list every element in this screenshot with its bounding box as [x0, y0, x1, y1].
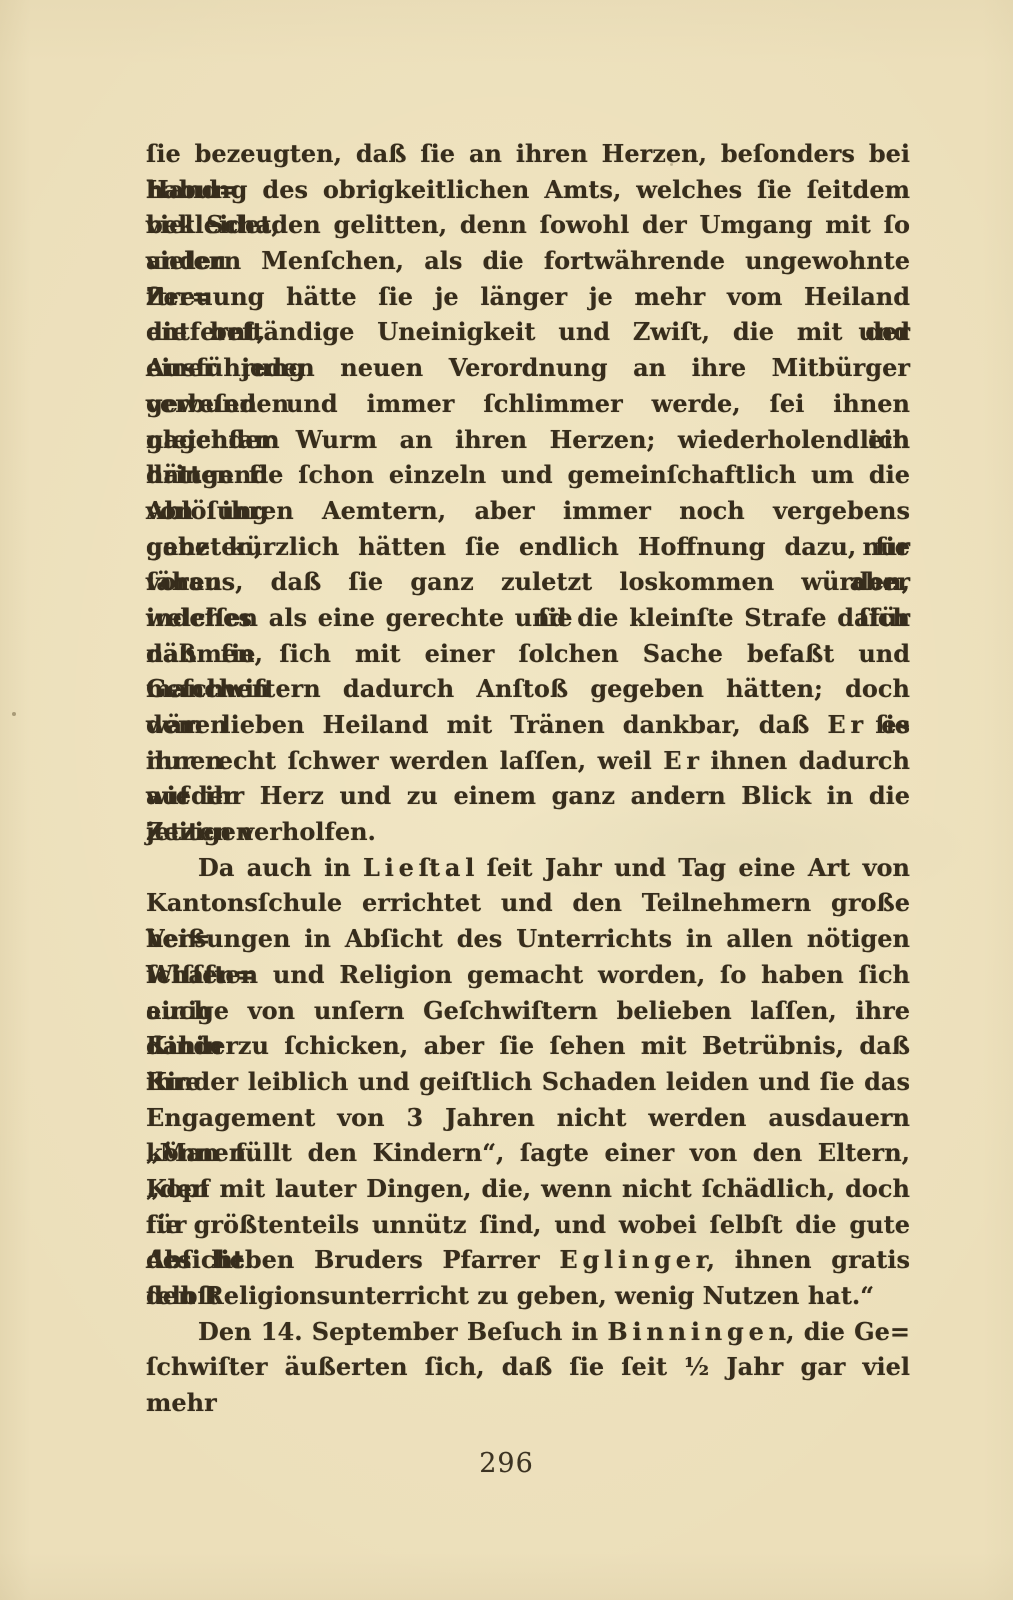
text-line: auf ihr Herz und zu einem ganz andern Bl…	[146, 778, 910, 814]
text-line: geweſen und immer ſchlimmer werde, ſei i…	[146, 386, 910, 422]
text-line: die beſtändige Uneinigkeit und Zwiſt, di…	[146, 314, 910, 350]
book-page: ſie bezeugten, daß ſie an ihren Herzen, …	[0, 0, 1013, 1600]
text-line: Kantonsſchule errichtet und den Teilnehm…	[146, 885, 910, 921]
text-line: voraus, daß ſie ganz zuletzt loskommen w…	[146, 564, 910, 600]
text-line: einige von unſern Geſchwiſtern belieben …	[146, 993, 910, 1029]
text-line: von ihren Aemtern, aber immer noch verge…	[146, 493, 910, 529]
text-line: ſchaften und Religion gemacht worden, ſo…	[146, 957, 910, 993]
text-line: einer jeden neuen Verordnung an ihre Mit…	[146, 350, 910, 386]
page-text-block: ſie bezeugten, daß ſie an ihren Herzen, …	[146, 136, 910, 1385]
text-line: dahin zu ſchicken, aber ſie ſehen mit Be…	[146, 1028, 910, 1064]
text-line: andern Menſchen, als die fortwährende un…	[146, 243, 910, 279]
text-line: des lieben Bruders Pfarrer E g l i n g e…	[146, 1242, 910, 1278]
text-line: viel Schaden gelitten, denn ſowohl der U…	[146, 207, 910, 243]
text-line: ſie bezeugten, daß ſie an ihren Herzen, …	[146, 136, 910, 172]
text-line: Kinder leiblich und geiſtlich Schaden le…	[146, 1064, 910, 1100]
text-line: ganz kürzlich hätten ſie endlich Hoffnun…	[146, 529, 910, 565]
text-line: heißungen in Abſicht des Unterrichts in …	[146, 921, 910, 957]
text-line: ſchwiſter äußerten ſich, daß ſie ſeit ½ …	[146, 1349, 910, 1385]
text-line: hätten ſie ſchon einzeln und gemeinſchaf…	[146, 457, 910, 493]
text-line: den Religionsunterricht zu geben, wenig …	[146, 1278, 910, 1314]
text-line: ſie größtenteils unnütz ſind, und wobei …	[146, 1207, 910, 1243]
text-line: Den 14. September Beſuch in B i n n i n …	[146, 1314, 910, 1350]
text-line: Geſchwiſtern dadurch Anſtoß gegeben hätt…	[146, 671, 910, 707]
text-line: daß ſie ſich mit einer ſolchen Sache bef…	[146, 636, 910, 672]
text-line: Zeiten verholfen.	[146, 814, 910, 850]
text-line: „Man füllt den Kindern“, ſagte einer von…	[146, 1135, 910, 1171]
paper-speck	[12, 712, 16, 716]
text-line: habung des obrigkeitlichen Amts, welches…	[146, 172, 910, 208]
page-number: 296	[0, 1448, 1013, 1479]
text-line: Engagement von 3 Jahren nicht werden aus…	[146, 1100, 910, 1136]
text-line: indeſſen als eine gerechte und die klein…	[146, 600, 910, 636]
text-line: Da auch in L i e ſt a l ſeit Jahr und Ta…	[146, 850, 910, 886]
text-line: nur recht ſchwer werden laſſen, weil E r…	[146, 743, 910, 779]
text-line: Kopf mit lauter Dingen, die, wenn nicht …	[146, 1171, 910, 1207]
text-line: dem lieben Heiland mit Tränen dankbar, d…	[146, 707, 910, 743]
text-line: nagender Wurm an ihren Herzen; wiederhol…	[146, 422, 910, 458]
text-line: ſtreuung hätte ſie je länger je mehr vom…	[146, 279, 910, 315]
